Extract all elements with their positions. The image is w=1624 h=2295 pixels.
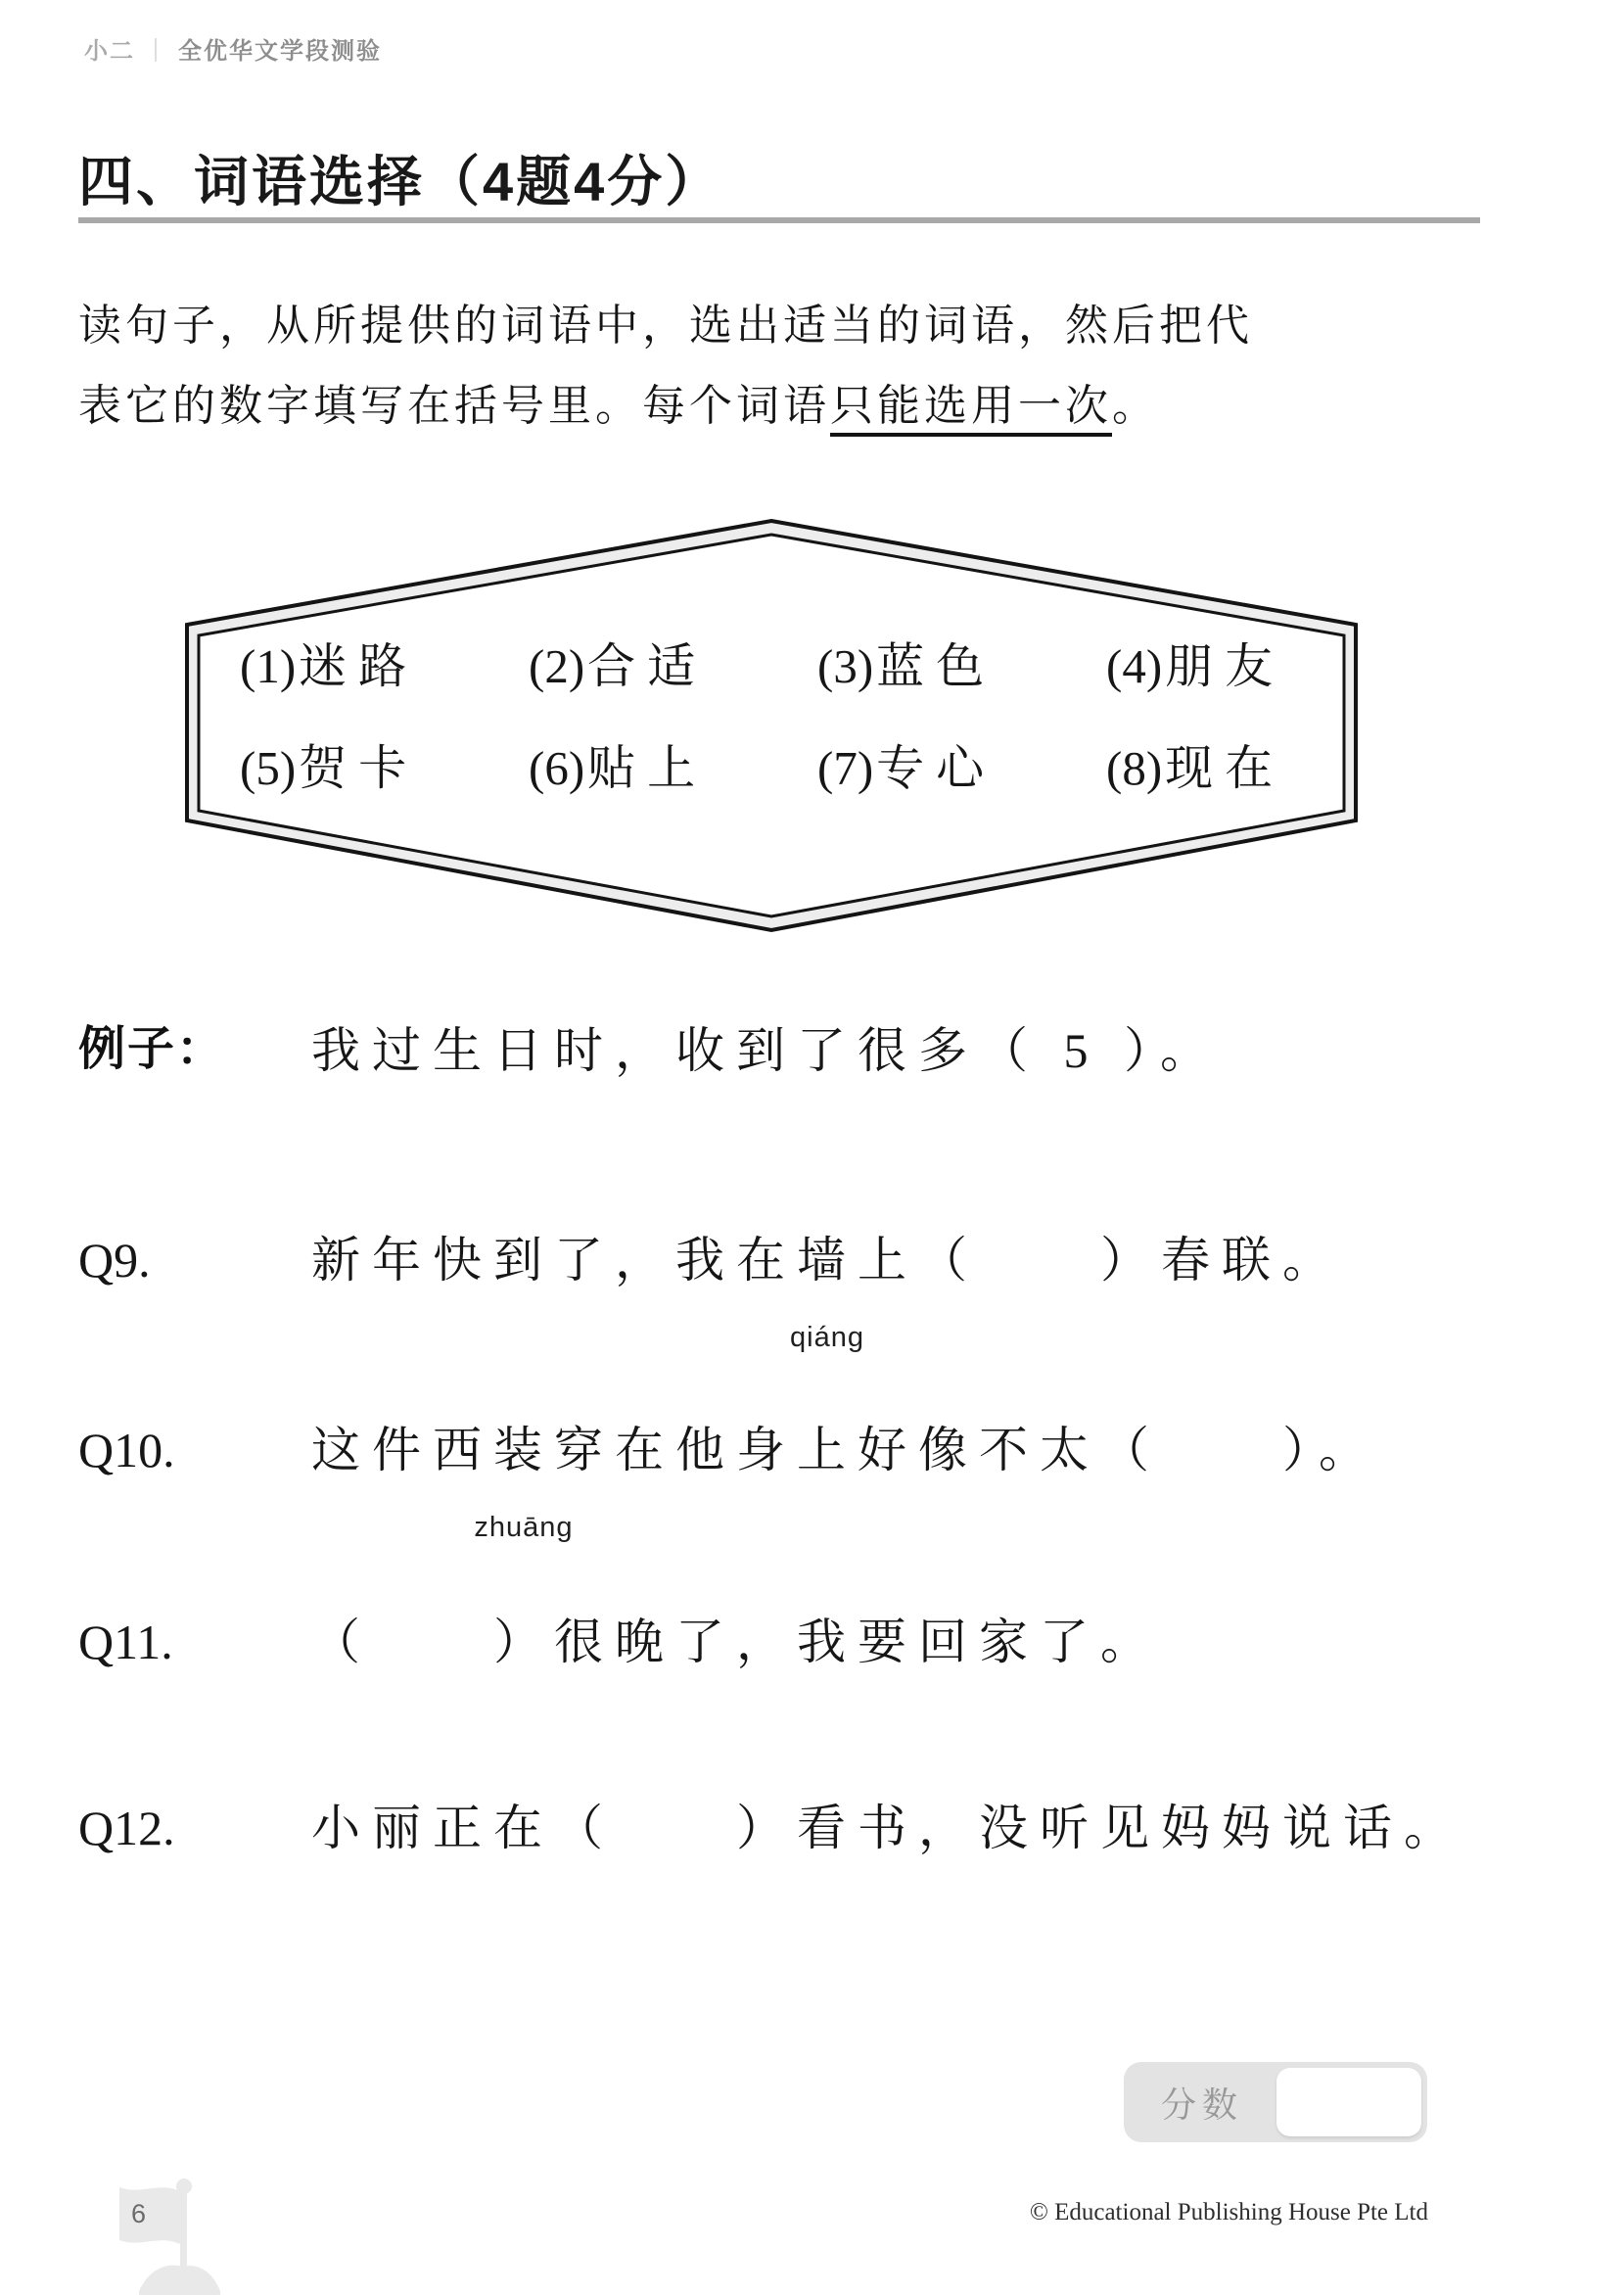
grade-level-label: 小二 xyxy=(84,38,135,65)
word-bank-item-word: 专心 xyxy=(876,741,996,795)
word-bank-item: (1)迷路 xyxy=(240,629,529,697)
worksheet-page: 小二｜全优华文学段测验 四、词语选择（4题4分） 读句子，从所提供的词语中，选出… xyxy=(0,0,1624,2295)
word-bank-item-word: 贺卡 xyxy=(299,741,418,795)
example-text: 我过生日时，收到了很多（ 5 ）。 xyxy=(311,1020,1221,1082)
question-label: Q12. xyxy=(78,1798,311,1859)
section-divider-rule xyxy=(78,217,1480,223)
text-segment: 这件西 xyxy=(311,1423,493,1477)
example-label: 例子： xyxy=(78,1020,311,1079)
score-box-label: 分数 xyxy=(1124,2062,1280,2142)
word-bank-row: (5)贺卡(6)贴上(7)专心(8)现在 xyxy=(240,730,1326,799)
word-bank-item-word: 现在 xyxy=(1165,741,1284,795)
document-title: 全优华文学段测验 xyxy=(178,38,382,65)
word-bank-row: (1)迷路(2)合适(3)蓝色(4)朋友 xyxy=(240,629,1326,697)
question-text: （ ）很晚了，我要回家了。 xyxy=(311,1612,1161,1673)
word-bank-item-word: 蓝色 xyxy=(876,639,996,693)
word-bank-item-number: (1) xyxy=(240,639,296,693)
question-row: Q9.新年快到了，我在墙qiáng上（ ）春联。 xyxy=(78,1230,1343,1291)
instructions-line-2-post: 。 xyxy=(1112,382,1159,430)
word-bank-item-number: (6) xyxy=(529,741,584,795)
character: 装 xyxy=(493,1423,554,1477)
question-text: 这件西装zhuāng穿在他身上好像不太（ ）。 xyxy=(311,1420,1379,1481)
annotated-character: 装zhuāng xyxy=(493,1420,554,1481)
word-bank-item: (2)合适 xyxy=(529,629,817,697)
header-divider: ｜ xyxy=(144,38,169,65)
word-bank-item-word: 贴上 xyxy=(587,741,707,795)
word-bank-hexagon-border xyxy=(179,515,1364,936)
score-field[interactable] xyxy=(1276,2068,1421,2136)
word-bank-item: (4)朋友 xyxy=(1106,629,1395,697)
page-number: 6 xyxy=(131,2199,146,2229)
question-row: Q10.这件西装zhuāng穿在他身上好像不太（ ）。 xyxy=(78,1420,1379,1481)
instructions-line-1: 读句子，从所提供的词语中，选出适当的词语，然后把代 xyxy=(78,286,1253,366)
question-label: Q11. xyxy=(78,1612,311,1673)
pinyin-annotation: qiáng xyxy=(790,1320,864,1355)
text-segment: 新年快到了，我在 xyxy=(311,1233,797,1288)
copyright-notice: © Educational Publishing House Pte Ltd xyxy=(1030,2199,1428,2226)
pinyin-annotation: zhuāng xyxy=(474,1510,573,1545)
question-text: 新年快到了，我在墙qiáng上（ ）春联。 xyxy=(311,1230,1343,1291)
word-bank-item-word: 迷路 xyxy=(299,639,418,693)
word-bank-item-number: (2) xyxy=(529,639,584,693)
text-segment: 上（ ）春联。 xyxy=(858,1233,1343,1288)
question-label: Q9. xyxy=(78,1230,311,1291)
instructions-line-2-pre: 表它的数字填写在括号里。每个词语 xyxy=(78,382,830,430)
section-title-text: 四、词语选择 xyxy=(78,151,425,212)
word-bank-item-number: (5) xyxy=(240,741,296,795)
example-row: 例子： 我过生日时，收到了很多（ 5 ）。 xyxy=(78,1020,1221,1082)
word-bank: (1)迷路(2)合适(3)蓝色(4)朋友(5)贺卡(6)贴上(7)专心(8)现在 xyxy=(179,515,1364,936)
question-row: Q11.（ ）很晚了，我要回家了。 xyxy=(78,1612,1161,1673)
question-row: Q12.小丽正在（ ）看书，没听见妈妈说话。 xyxy=(78,1798,1464,1859)
word-bank-item-word: 合适 xyxy=(587,639,707,693)
word-bank-item-word: 朋友 xyxy=(1165,639,1284,693)
flag-icon xyxy=(96,2176,225,2295)
word-bank-item: (6)贴上 xyxy=(529,730,817,799)
word-bank-item-number: (7) xyxy=(817,741,873,795)
score-box: 分数 xyxy=(1124,2062,1427,2142)
word-bank-item: (7)专心 xyxy=(817,730,1106,799)
text-segment: 小丽正在（ ）看书，没听见妈妈说话。 xyxy=(311,1801,1464,1855)
instructions-underlined-phrase: 只能选用一次 xyxy=(830,382,1112,437)
word-bank-item-number: (4) xyxy=(1106,639,1162,693)
word-bank-item-number: (8) xyxy=(1106,741,1162,795)
annotated-character: 墙qiáng xyxy=(797,1230,858,1291)
character: 墙 xyxy=(797,1233,858,1288)
word-bank-item-number: (3) xyxy=(817,639,873,693)
word-bank-item: (5)贺卡 xyxy=(240,730,529,799)
instructions: 读句子，从所提供的词语中，选出适当的词语，然后把代 表它的数字填写在括号里。每个… xyxy=(78,286,1253,446)
question-text: 小丽正在（ ）看书，没听见妈妈说话。 xyxy=(311,1798,1464,1859)
text-segment: 穿在他身上好像不太（ ）。 xyxy=(554,1423,1379,1477)
section-title: 四、词语选择（4题4分） xyxy=(78,139,722,217)
word-bank-item: (3)蓝色 xyxy=(817,629,1106,697)
section-score-note: （4题4分） xyxy=(425,151,722,212)
text-segment: （ ）很晚了，我要回家了。 xyxy=(311,1615,1161,1669)
question-label: Q10. xyxy=(78,1420,311,1481)
word-bank-item: (8)现在 xyxy=(1106,730,1395,799)
page-header: 小二｜全优华文学段测验 xyxy=(84,31,382,66)
instructions-line-2: 表它的数字填写在括号里。每个词语只能选用一次。 xyxy=(78,366,1253,446)
